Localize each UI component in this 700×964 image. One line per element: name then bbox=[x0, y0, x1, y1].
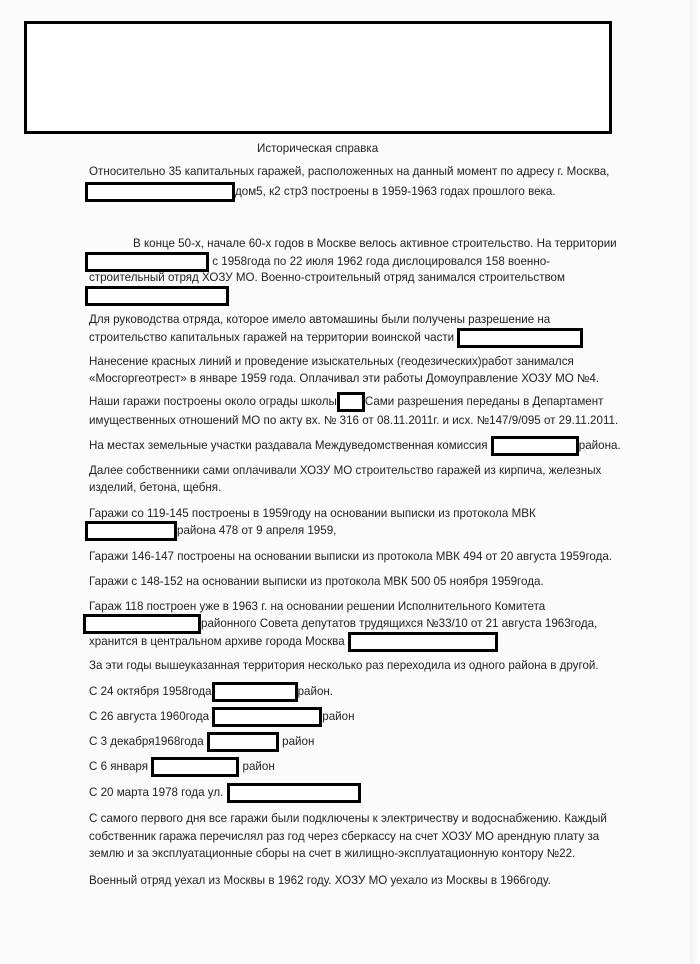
p7-line2: изделий, бетона, щебня. bbox=[89, 479, 221, 497]
redacted-address bbox=[85, 182, 235, 202]
p2-line3: строительный отряд ХОЗУ МО. Военно-строи… bbox=[89, 269, 565, 287]
p12: За эти годы вышеуказанная территория нес… bbox=[89, 657, 599, 675]
p5-line2: имущественных отношений МО по акту вх. №… bbox=[89, 412, 618, 430]
district-row: С 3 декабря1968года район bbox=[89, 732, 314, 752]
p4-line1: Нанесение красных линий и проведение изы… bbox=[89, 353, 574, 371]
p13-line3: землю и за эксплуатационные сборы на сче… bbox=[89, 845, 575, 863]
p2-line4 bbox=[85, 286, 229, 306]
redacted-military-unit bbox=[457, 328, 583, 348]
p10: Гаражи с 148-152 на основании выписки из… bbox=[89, 573, 544, 591]
district-row: С 24 октября 1958годарайон. bbox=[89, 682, 333, 702]
redacted-street bbox=[227, 783, 361, 803]
redacted-school bbox=[337, 392, 365, 412]
redacted-construction bbox=[85, 286, 229, 306]
p3-line2: строительство капитальных гаражей на тер… bbox=[89, 328, 583, 348]
redacted-commission-district bbox=[491, 436, 579, 456]
district-row: С 20 марта 1978 года ул. bbox=[89, 783, 361, 803]
redacted-archive bbox=[348, 632, 498, 652]
district-row: С 26 августа 1960года район bbox=[89, 707, 355, 727]
document-title: Историческая справка bbox=[257, 140, 378, 158]
redacted-header bbox=[24, 21, 612, 134]
p4-line2: «Мосгоргеотрест» в январе 1959 года. Опл… bbox=[89, 370, 599, 388]
p14: Военный отряд уехал из Москвы в 1962 год… bbox=[89, 872, 551, 890]
redacted-district bbox=[85, 521, 177, 541]
p1-line2: дом5, к2 стр3 построены в 1959-1963 года… bbox=[85, 182, 556, 202]
p11-line3: хранится в центральном архиве города Мос… bbox=[89, 632, 498, 652]
p11-line1: Гараж 118 построен уже в 1963 г. на осно… bbox=[89, 598, 545, 616]
p5-line1: Наши гаражи построены около ограды школы… bbox=[89, 392, 603, 412]
redacted-district-4 bbox=[151, 757, 239, 777]
page-edge bbox=[690, 0, 700, 964]
redacted-district-2 bbox=[212, 707, 322, 727]
p3-line1: Для руководства отряда, которое имело ав… bbox=[89, 311, 550, 329]
p8-line2: района 478 от 9 апреля 1959, bbox=[85, 521, 336, 541]
p11-line2: районного Совета депутатов трудящихся №3… bbox=[83, 614, 597, 634]
p1-line1: Относительно 35 капитальных гаражей, рас… bbox=[89, 163, 609, 181]
p8-line1: Гаражи со 119-145 построены в 1959году н… bbox=[89, 505, 536, 523]
redacted-district-1 bbox=[212, 682, 298, 702]
p13-line1: С самого первого дня все гаражи были под… bbox=[89, 810, 607, 828]
redacted-district-council bbox=[83, 614, 201, 634]
district-row: С 6 января район bbox=[89, 757, 275, 777]
p2-line1: В конце 50-х, начале 60-х годов в Москве… bbox=[133, 235, 617, 253]
p9: Гаражи 146-147 построены на основании вы… bbox=[89, 548, 612, 566]
p7-line1: Далее собственники сами оплачивали ХОЗУ … bbox=[89, 462, 601, 480]
redacted-district-3 bbox=[207, 732, 279, 752]
p13-line2: собственник гаража перечислял раз год че… bbox=[89, 828, 599, 846]
p6-line1: На местах земельные участки раздавала Ме… bbox=[89, 436, 621, 456]
